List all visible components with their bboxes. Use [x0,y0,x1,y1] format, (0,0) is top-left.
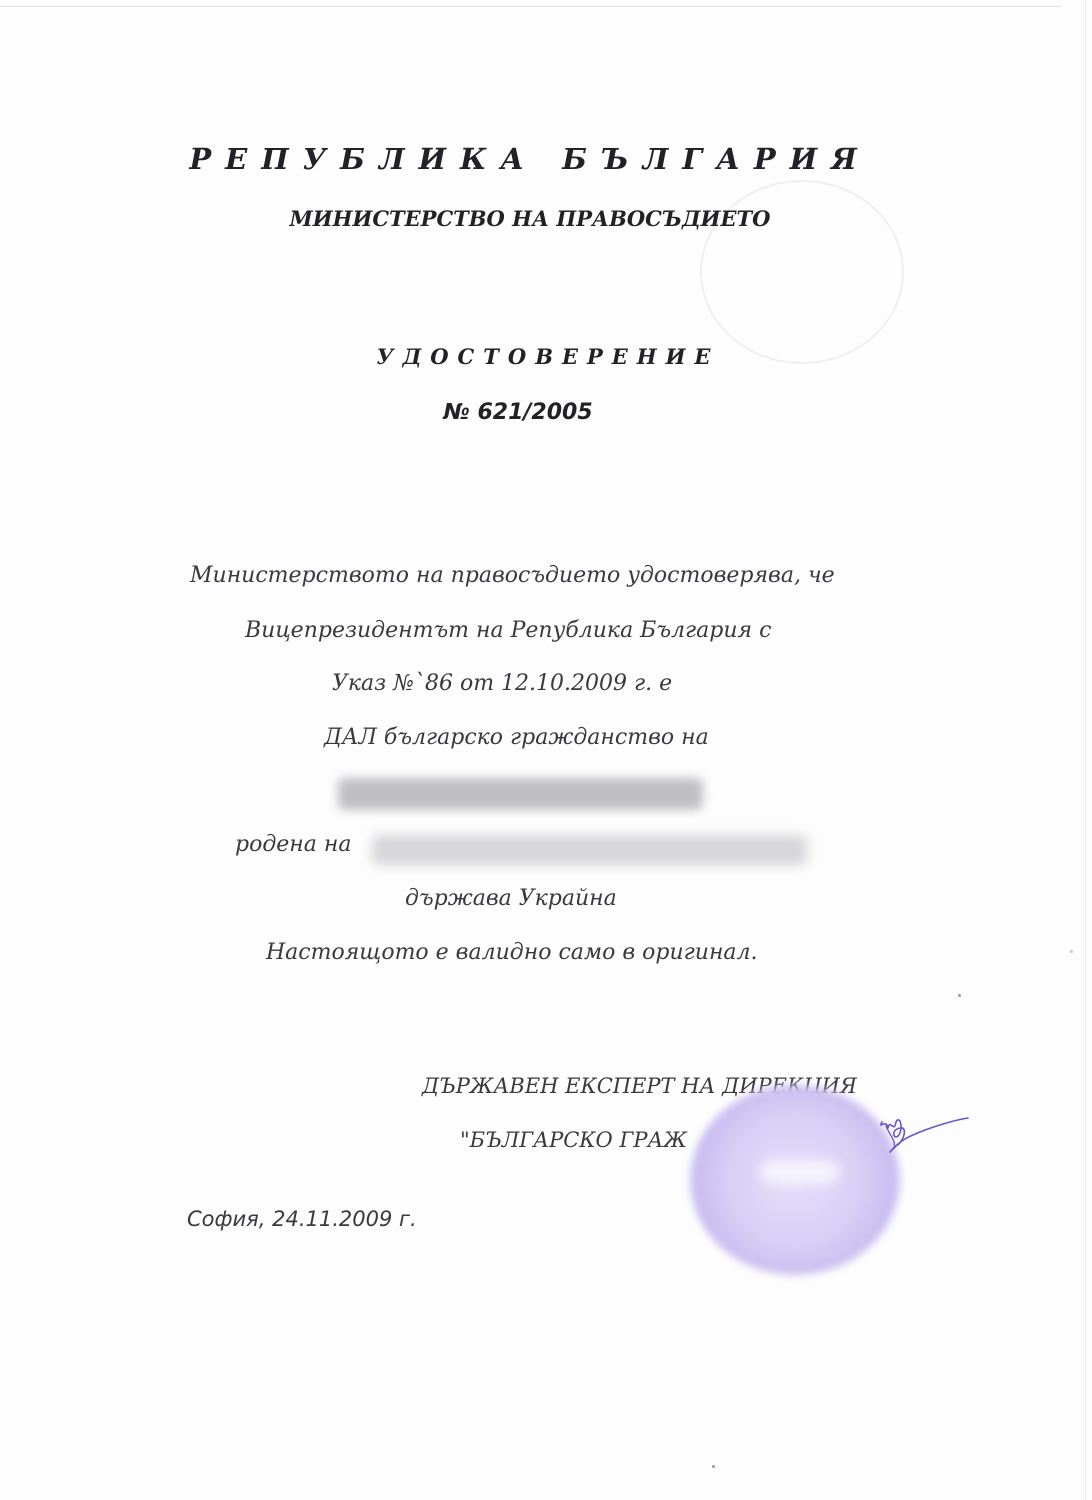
redacted-name [338,778,703,810]
scan-speck [1070,950,1073,953]
official-stamp-highlight [760,1160,840,1184]
document-number: № 621/2005 [0,400,1048,425]
place-and-date: София, 24.11.2009 г. [187,1207,417,1231]
body-line-granted: ДАЛ българско гражданство на [324,725,709,750]
signatory-title-line2: "БЪЛГАРСКО ГРАЖ [460,1128,687,1152]
document-title: УДОСТОВЕРЕНИЕ [18,344,1078,369]
scan-edge-right [1085,0,1086,1500]
scan-edge-top [0,0,1062,7]
handwritten-signature-icon [860,1100,980,1170]
birth-label: родена на [235,832,352,857]
body-line-vice-president: Вицепрезидентът на Република България с [245,618,771,643]
body-line-validity: Настоящото е валидно само в оригинал. [266,940,758,965]
ministry-heading: МИНИСТЕРСТВО НА ПРАВОСЪДИЕТО [0,206,1060,231]
body-line-country: държава Украйна [405,886,617,911]
scan-speck [958,994,961,997]
country-heading: РЕПУБЛИКА БЪЛГАРИЯ [0,142,1060,176]
body-line-decree: Указ №`86 от 12.10.2009 г. е [332,671,672,696]
redacted-birth-details [372,835,807,865]
scan-speck [712,1465,715,1468]
body-line-certifies: Министерството на правосъдието удостовер… [190,563,835,588]
